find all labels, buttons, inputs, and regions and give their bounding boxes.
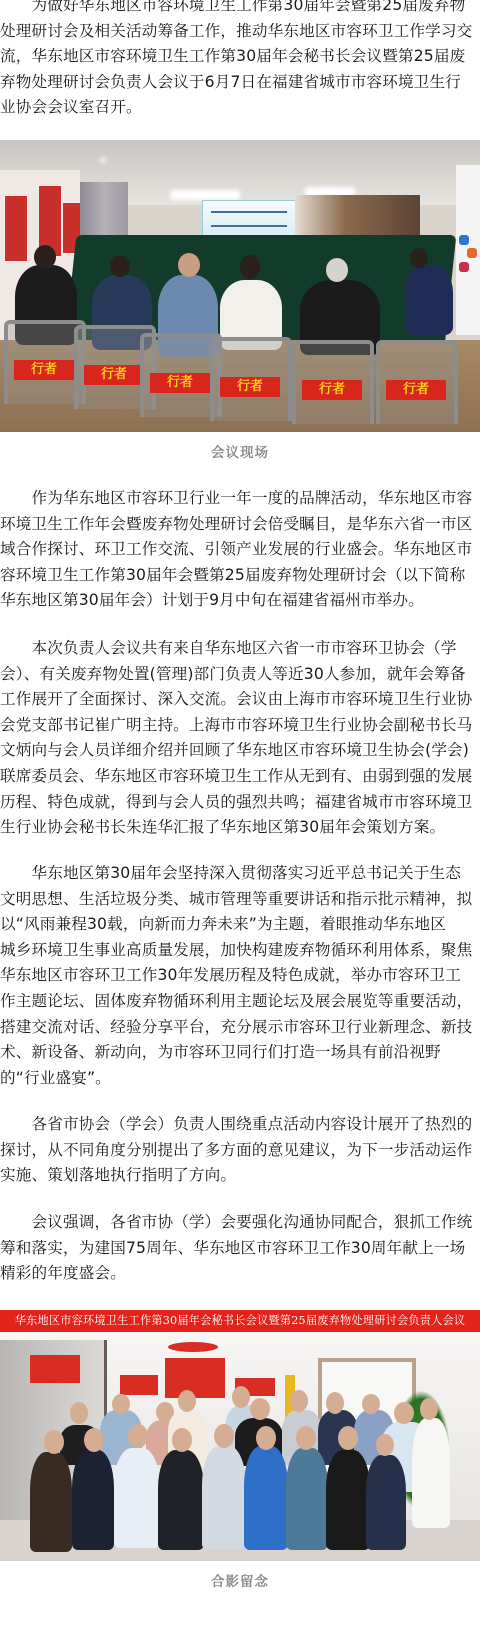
attendee-head bbox=[34, 245, 56, 269]
person bbox=[244, 1446, 288, 1550]
text-line: 域合作探讨、环卫工作交流、引领产业发展的行业盛会。华东地区市 bbox=[0, 537, 480, 563]
text-line: 会）、有关废弃物处置(管理)部门负责人等近30人参加，就年会筹备 bbox=[0, 662, 480, 688]
person-head bbox=[394, 1402, 414, 1424]
meeting-scene-photo: 行者 行者 行者 行者 行者 行者 bbox=[0, 140, 480, 432]
figure-caption: 合影留念 bbox=[0, 1570, 480, 1590]
chair-cover: 行者 bbox=[386, 380, 446, 400]
text-line: 文炳向与会人员详细介绍并回顾了华东地区市容环境卫生协会(学会) bbox=[0, 738, 480, 764]
person-head bbox=[376, 1434, 394, 1456]
text-line: 业协会会议室召开。 bbox=[0, 95, 480, 121]
chair-cover: 行者 bbox=[302, 380, 362, 400]
person bbox=[202, 1446, 246, 1550]
person-head bbox=[172, 1428, 192, 1452]
person-head bbox=[420, 1398, 438, 1420]
figure-caption: 会议现场 bbox=[0, 441, 480, 461]
text-line: 华东地区第30届年会）计划于9月中旬在福建省福州市举办。 bbox=[0, 588, 480, 614]
text-line: 弃物处理研讨会负责人会议于6月7日在福建省城市市容环境卫生行 bbox=[0, 70, 480, 96]
person-head bbox=[326, 1392, 344, 1414]
text-line: 容环境卫生工作第30届年会暨第25届废弃物处理研讨会（以下简称 bbox=[0, 563, 480, 589]
text-line: 搭建交流对话、经验分享平台，充分展示市容环卫行业新理念、新技 bbox=[0, 1015, 480, 1041]
party-flag bbox=[120, 1375, 158, 1395]
attendee-head bbox=[178, 253, 200, 277]
text-line: 本次负责人会议共有来自华东地区六省一市市容环卫协会（学 bbox=[0, 636, 480, 662]
person-head bbox=[112, 1394, 130, 1414]
person-head bbox=[362, 1394, 380, 1414]
person-head bbox=[232, 1386, 250, 1408]
chair: 行者 bbox=[376, 340, 458, 424]
attendee-head bbox=[410, 248, 428, 268]
person bbox=[412, 1418, 450, 1528]
text-line: 实施、策划落地执行指明了方向。 bbox=[0, 1163, 480, 1189]
wall-panel bbox=[4, 195, 28, 262]
text-line: 作为华东地区市容环卫行业一年一度的品牌活动，华东地区市容 bbox=[0, 486, 480, 512]
chair: 行者 bbox=[292, 340, 374, 424]
paragraph-theme: 华东地区第30届年会坚持深入贯彻落实习近平总书记关于生态 文明思想、生活垃圾分类… bbox=[0, 861, 480, 1091]
text-line: 各省市协会（学会）负责人围绕重点活动内容设计展开了热烈的 bbox=[0, 1112, 480, 1138]
text-line: 的“行业盛宴”。 bbox=[0, 1066, 480, 1092]
text-line: 探讨，从不同角度分别提出了多方面的意见建议，为下一步活动运作 bbox=[0, 1138, 480, 1164]
screen-text bbox=[211, 211, 287, 227]
text-line: 工作展开了全面探讨、深入交流。会议由上海市市容环境卫生行业协 bbox=[0, 687, 480, 713]
text-line: 历程、特色成就，得到与会人员的强烈共鸣；福建省城市市容环境卫 bbox=[0, 790, 480, 816]
text-line: 文明思想、生活垃圾分类、城市管理等重要讲话和指示批示精神，拟 bbox=[0, 887, 480, 913]
person bbox=[366, 1455, 406, 1550]
paragraph-conclusion: 会议强调，各省市协（学）会要强化沟通协同配合，狠抓工作统 筹和落实，为建国75周… bbox=[0, 1210, 480, 1287]
text-line: 城乡环境卫生事业高质量发展，加快构建废弃物循环利用体系，聚焦 bbox=[0, 938, 480, 964]
text-line: 环境卫生工作年会暨废弃物处理研讨会倍受瞩目，是华东六省一市区 bbox=[0, 512, 480, 538]
person bbox=[326, 1450, 370, 1550]
sign-graphic bbox=[459, 262, 469, 272]
party-flag bbox=[30, 1355, 80, 1383]
text-line: 生行业协会秘书长朱连华汇报了华东地区第30届年会策划方案。 bbox=[0, 815, 480, 841]
attendee bbox=[405, 265, 453, 335]
person-head bbox=[338, 1426, 358, 1450]
person bbox=[30, 1452, 72, 1552]
party-emblem-light bbox=[168, 1342, 218, 1352]
paragraph-discussion: 各省市协会（学会）负责人围绕重点活动内容设计展开了热烈的 探讨，从不同角度分别提… bbox=[0, 1112, 480, 1189]
person-head bbox=[256, 1426, 276, 1450]
text-line: 作主题论坛、固体废弃物循环利用主题论坛及展会展览等重要活动， bbox=[0, 989, 480, 1015]
text-line: 为做好华东地区市容环境卫生工作第30届年会暨第25届废弃物 bbox=[0, 0, 480, 19]
chair-cover: 行者 bbox=[150, 373, 210, 393]
event-banner: 华东地区市容环境卫生工作第30届年会秘书长会议暨第25届废弃物处理研讨会负责人会… bbox=[0, 1310, 480, 1332]
text-line: 会议强调，各省市协（学）会要强化沟通协同配合，狠抓工作统 bbox=[0, 1210, 480, 1236]
group-photo: 华东地区市容环境卫生工作第30届年会秘书长会议暨第25届废弃物处理研讨会负责人会… bbox=[0, 1310, 480, 1561]
person-head bbox=[84, 1428, 104, 1452]
paragraph-meeting: 本次负责人会议共有来自华东地区六省一市市容环卫协会（学 会）、有关废弃物处置(管… bbox=[0, 636, 480, 841]
ceiling-light bbox=[170, 190, 240, 200]
text-line: 以“风雨兼程30载，向新而力奔未来”为主题，着眼推动华东地区 bbox=[0, 912, 480, 938]
person-head bbox=[178, 1390, 196, 1412]
attendee-head bbox=[326, 258, 348, 282]
person-head bbox=[128, 1424, 148, 1448]
text-line: 术、新设备、新动向，为市容环卫同行们打造一场具有前沿视野 bbox=[0, 1040, 480, 1066]
person-head bbox=[70, 1402, 88, 1424]
paragraph-intro: 为做好华东地区市容环境卫生工作第30届年会暨第25届废弃物 处理研讨会及相关活动… bbox=[0, 0, 480, 121]
person-head bbox=[250, 1398, 270, 1420]
text-line: 流，华东地区市容环境卫生工作第30届年会秘书长会议暨第25届废 bbox=[0, 44, 480, 70]
party-flag bbox=[165, 1358, 225, 1398]
text-line: 筹和落实，为建国75周年、华东地区市容环卫工作30周年献上一场 bbox=[0, 1236, 480, 1262]
text-line: 处理研讨会及相关活动筹备工作，推动华东地区市容环卫工作学习交 bbox=[0, 19, 480, 45]
chair-cover: 行者 bbox=[14, 360, 74, 380]
chair-cover: 行者 bbox=[220, 377, 280, 397]
text-line: 华东地区第30届年会坚持深入贯彻落实习近平总书记关于生态 bbox=[0, 861, 480, 887]
ceiling-light bbox=[100, 158, 106, 162]
sign-graphic bbox=[459, 235, 469, 245]
text-line: 精彩的年度盛会。 bbox=[0, 1261, 480, 1287]
person bbox=[158, 1450, 204, 1550]
person bbox=[114, 1448, 160, 1548]
text-line: 会党支部书记崔广明主持。上海市市容环境卫生行业协会副秘书长马 bbox=[0, 713, 480, 739]
person-head bbox=[290, 1390, 308, 1412]
person-head bbox=[214, 1424, 234, 1448]
person-head bbox=[296, 1426, 316, 1450]
person bbox=[286, 1448, 328, 1550]
sign-graphic bbox=[467, 248, 477, 258]
attendee-head bbox=[110, 255, 130, 277]
text-line: 联席委员会、华东地区市容环境卫生工作从无到有、由弱到强的发展 bbox=[0, 764, 480, 790]
chair-cover: 行者 bbox=[84, 365, 144, 385]
chair: 行者 bbox=[210, 337, 292, 421]
text-line: 华东地区市容环卫工作30年发展历程及特色成就，举办市容环卫工 bbox=[0, 963, 480, 989]
person-head bbox=[44, 1430, 64, 1454]
paragraph-background: 作为华东地区市容环卫行业一年一度的品牌活动，华东地区市容 环境卫生工作年会暨废弃… bbox=[0, 486, 480, 614]
person bbox=[72, 1450, 114, 1550]
attendee-head bbox=[240, 255, 260, 279]
